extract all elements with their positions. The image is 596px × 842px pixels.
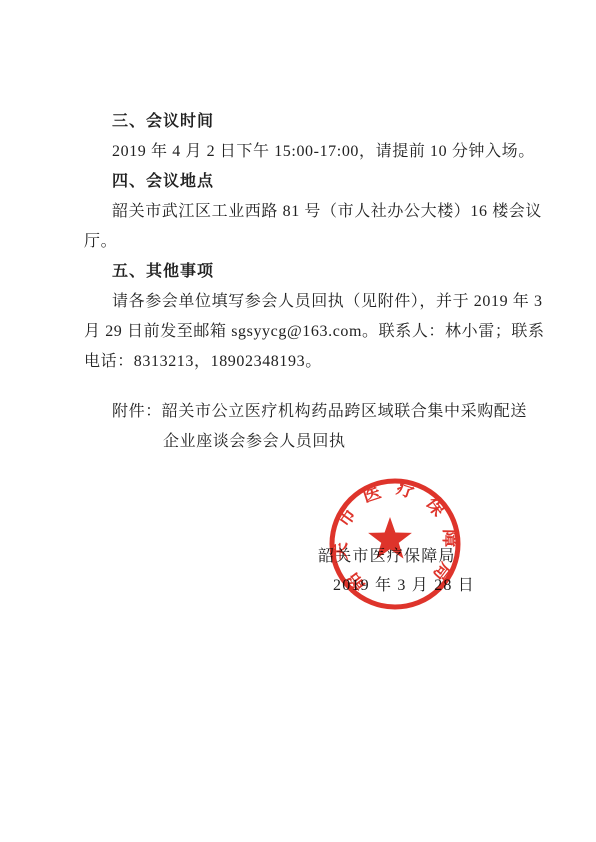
other-matters-text-line-3: 电话：8313213，18902348193。 (84, 352, 322, 372)
document-page: 三、会议时间 2019 年 4 月 2 日下午 15:00-17:00，请提前 … (0, 0, 596, 842)
attachment-note-line-2: 企业座谈会参会人员回执 (163, 432, 346, 452)
meeting-time-text: 2019 年 4 月 2 日下午 15:00-17:00，请提前 10 分钟入场… (112, 142, 535, 162)
meeting-location-text-line-2: 厅。 (84, 232, 117, 252)
section-heading-other-matters: 五、其他事项 (112, 262, 214, 282)
other-matters-text-line-2: 月 29 日前发至邮箱 sgsyycg@163.com。联系人：林小雷；联系 (84, 322, 545, 342)
attachment-note-line-1: 附件：韶关市公立医疗机构药品跨区域联合集中采购配送 (112, 402, 527, 422)
other-matters-text-line-1: 请各参会单位填写参会人员回执（见附件），并于 2019 年 3 (112, 292, 543, 312)
seal-star-icon (368, 517, 412, 559)
official-seal: 韶关市医疗保障局 (325, 474, 465, 614)
section-heading-meeting-time: 三、会议时间 (112, 112, 214, 132)
section-heading-meeting-location: 四、会议地点 (112, 172, 214, 192)
meeting-location-text-line-1: 韶关市武江区工业西路 81 号（市人社办公大楼）16 楼会议 (112, 202, 542, 222)
